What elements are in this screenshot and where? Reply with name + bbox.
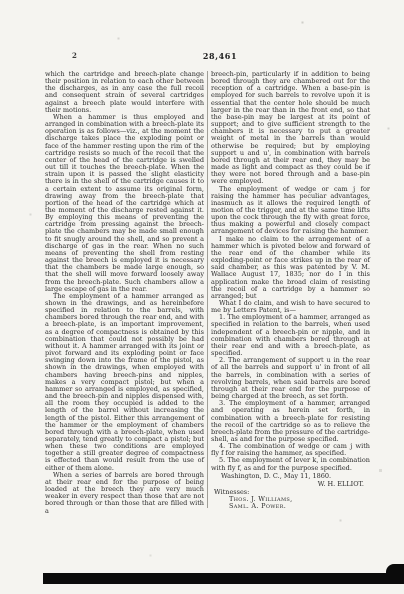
witness-name: Saml. A. Power.: [211, 503, 370, 510]
date-line: Washington, D. C., May 11, 1860.: [211, 473, 370, 480]
scan-noise-speckles: [0, 0, 1, 1]
claim-item: 1. The employment of a hammer, arranged …: [211, 314, 370, 357]
paragraph: When a hammer is thus employed and arran…: [45, 114, 204, 293]
claim-item: 2. The arrangement of support u in the r…: [211, 357, 370, 400]
scan-artifact-corner: [386, 564, 404, 584]
right-column: breech-pin, particularly if in addition …: [211, 71, 370, 511]
patent-document-page: 2 28,461 which the cartridge and breech-…: [0, 0, 404, 594]
patent-number: 28,461: [203, 51, 237, 61]
scan-artifact-band: [43, 573, 404, 584]
claim-item: 4. The combination of wedge or cam j wit…: [211, 443, 370, 457]
paragraph: When a series of barrels are bored throu…: [45, 472, 204, 515]
paragraph: breech-pin, particularly if in addition …: [211, 71, 370, 186]
paragraph: I make no claim to the arrangement of a …: [211, 236, 370, 300]
claim-item: 3. The employment of a hammer, arranged …: [211, 400, 370, 443]
page-number: 2: [72, 51, 77, 60]
paragraph: The employment of a hammer arranged as s…: [45, 293, 204, 472]
paragraph: which the cartridge and breech-plate cha…: [45, 71, 204, 114]
claim-item: 5. The employment of lever k, in combina…: [211, 457, 370, 471]
inventor-signature: W. H. ELLIOT.: [211, 481, 370, 488]
left-column: which the cartridge and breech-plate cha…: [45, 71, 204, 515]
page-header: 2 28,461: [0, 51, 404, 63]
paragraph: What I do claim, and wish to have secure…: [211, 300, 370, 314]
paragraph: The employment of wedge or cam j for rai…: [211, 186, 370, 236]
column-divider-rule: [207, 71, 208, 508]
